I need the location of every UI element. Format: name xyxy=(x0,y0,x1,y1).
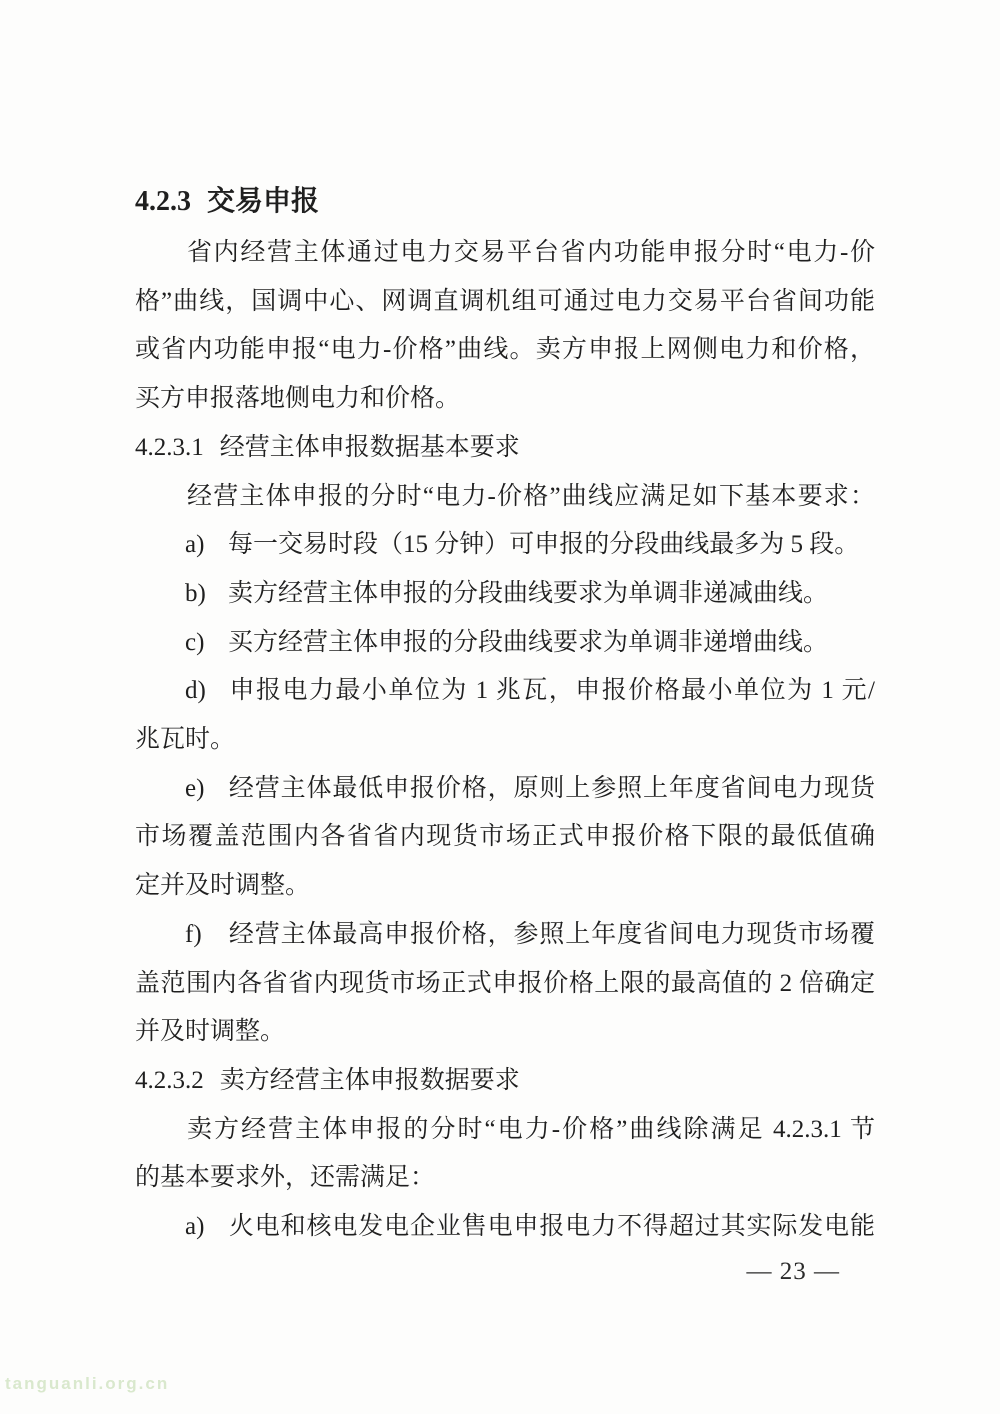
list-text: 每一交易时段（15 分钟）可申报的分段曲线最多为 5 段。 xyxy=(228,531,859,558)
section-title: 交易申报 xyxy=(207,185,319,216)
list-label: e) xyxy=(185,765,211,814)
list-text: 火电和核电发电企业售电申报电力不得超过其实际发电能 xyxy=(228,1213,875,1240)
document-page: 4.2.3交易申报 省内经营主体通过电力交易平台省内功能申报分时“电力-价 格”… xyxy=(0,0,1000,1414)
list-text: 经营主体最低申报价格，原则上参照上年度省间电力现货 xyxy=(228,775,875,802)
list-label: a) xyxy=(185,521,211,570)
list-text: 买方经营主体申报的分段曲线要求为单调非递增曲线。 xyxy=(228,629,828,656)
list-label: b) xyxy=(185,570,211,619)
paragraph-line: 格”曲线，国调中心、网调直调机组可通过电力交易平台省间功能 xyxy=(135,278,875,327)
list-label: f) xyxy=(185,911,211,960)
paragraph-line: 的基本要求外，还需满足： xyxy=(135,1154,875,1203)
subsection-title: 经营主体申报数据基本要求 xyxy=(220,434,520,461)
section-heading-4-2-3: 4.2.3交易申报 xyxy=(135,175,875,229)
subsection-number: 4.2.3.2 xyxy=(135,1067,204,1094)
paragraph-line: 定并及时调整。 xyxy=(135,862,875,911)
subsection-title: 卖方经营主体申报数据要求 xyxy=(220,1067,520,1094)
section-number: 4.2.3 xyxy=(135,186,191,217)
paragraph-line: 买方申报落地侧电力和价格。 xyxy=(135,375,875,424)
document-body: 4.2.3交易申报 省内经营主体通过电力交易平台省内功能申报分时“电力-价 格”… xyxy=(135,175,875,1252)
list-item-b: b)卖方经营主体申报的分段曲线要求为单调非递减曲线。 xyxy=(135,570,875,619)
paragraph-line: 盖范围内各省省内现货市场正式申报价格上限的最高值的 2 倍确定 xyxy=(135,960,875,1009)
watermark-text: tanguanli.org.cn xyxy=(5,1374,169,1394)
paragraph-line: 或省内功能申报“电力-价格”曲线。卖方申报上网侧电力和价格， xyxy=(135,326,875,375)
list-text: 经营主体最高申报价格，参照上年度省间电力现货市场覆 xyxy=(228,921,875,948)
list-item-a2: a)火电和核电发电企业售电申报电力不得超过其实际发电能 xyxy=(135,1203,875,1252)
paragraph-line: 兆瓦时。 xyxy=(135,716,875,765)
paragraph-line: 经营主体申报的分时“电力-价格”曲线应满足如下基本要求： xyxy=(135,473,875,522)
list-label: c) xyxy=(185,619,211,668)
list-text: 申报电力最小单位为 1 兆瓦，申报价格最小单位为 1 元/ xyxy=(228,677,875,704)
page-number: — 23 — xyxy=(747,1258,841,1286)
list-label: a) xyxy=(185,1203,211,1252)
list-label: d) xyxy=(185,667,211,716)
list-item-d: d)申报电力最小单位为 1 兆瓦，申报价格最小单位为 1 元/ xyxy=(135,667,875,716)
paragraph-line: 卖方经营主体申报的分时“电力-价格”曲线除满足 4.2.3.1 节 xyxy=(135,1106,875,1155)
list-item-a: a)每一交易时段（15 分钟）可申报的分段曲线最多为 5 段。 xyxy=(135,521,875,570)
paragraph-line: 市场覆盖范围内各省省内现货市场正式申报价格下限的最低值确 xyxy=(135,813,875,862)
list-item-e: e)经营主体最低申报价格，原则上参照上年度省间电力现货 xyxy=(135,765,875,814)
list-item-c: c)买方经营主体申报的分段曲线要求为单调非递增曲线。 xyxy=(135,619,875,668)
list-item-f: f)经营主体最高申报价格，参照上年度省间电力现货市场覆 xyxy=(135,911,875,960)
list-text: 卖方经营主体申报的分段曲线要求为单调非递减曲线。 xyxy=(228,580,828,607)
subsection-heading-4-2-3-2: 4.2.3.2卖方经营主体申报数据要求 xyxy=(135,1057,875,1106)
paragraph-line: 并及时调整。 xyxy=(135,1008,875,1057)
paragraph-line: 省内经营主体通过电力交易平台省内功能申报分时“电力-价 xyxy=(135,229,875,278)
subsection-heading-4-2-3-1: 4.2.3.1经营主体申报数据基本要求 xyxy=(135,424,875,473)
subsection-number: 4.2.3.1 xyxy=(135,434,204,461)
